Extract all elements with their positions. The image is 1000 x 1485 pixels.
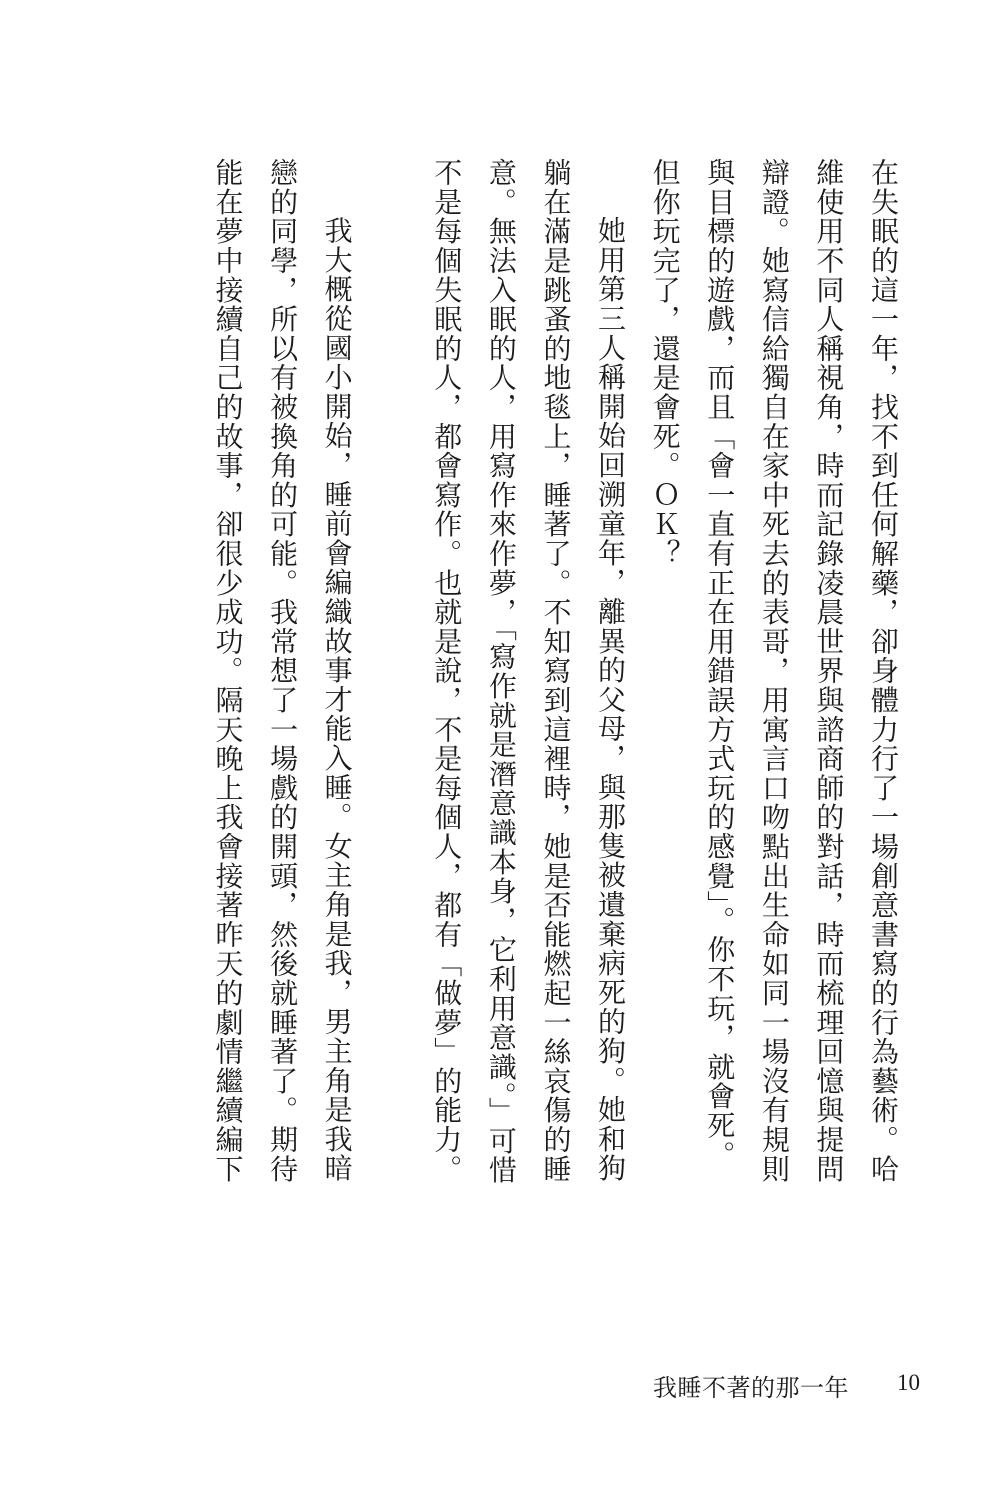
vertical-text-block: 在失眠的這一年，找不到任何解藥，卻身體力行了一場創意書寫的行為藝術。哈維使用不同… bbox=[199, 158, 909, 1188]
page-footer: 我睡不著的那一年 10 bbox=[0, 1360, 1000, 1405]
page-number: 10 bbox=[897, 1370, 920, 1396]
running-title: 我睡不著的那一年 bbox=[653, 1368, 849, 1403]
paragraph-1: 在失眠的這一年，找不到任何解藥，卻身體力行了一場創意書寫的行為藝術。哈維使用不同… bbox=[636, 158, 909, 1188]
paragraph-3: 我大概從國小開始，睡前會編織故事才能入睡。女主角是我，男主角是我暗戀的同學，所以… bbox=[199, 158, 363, 1188]
book-page: 在失眠的這一年，找不到任何解藥，卻身體力行了一場創意書寫的行為藝術。哈維使用不同… bbox=[0, 0, 1000, 1485]
paragraph-2: 她用第三人稱開始回溯童年，離異的父母，與那隻被遺棄病死的狗。她和狗躺在滿是跳蚤的… bbox=[418, 158, 636, 1188]
